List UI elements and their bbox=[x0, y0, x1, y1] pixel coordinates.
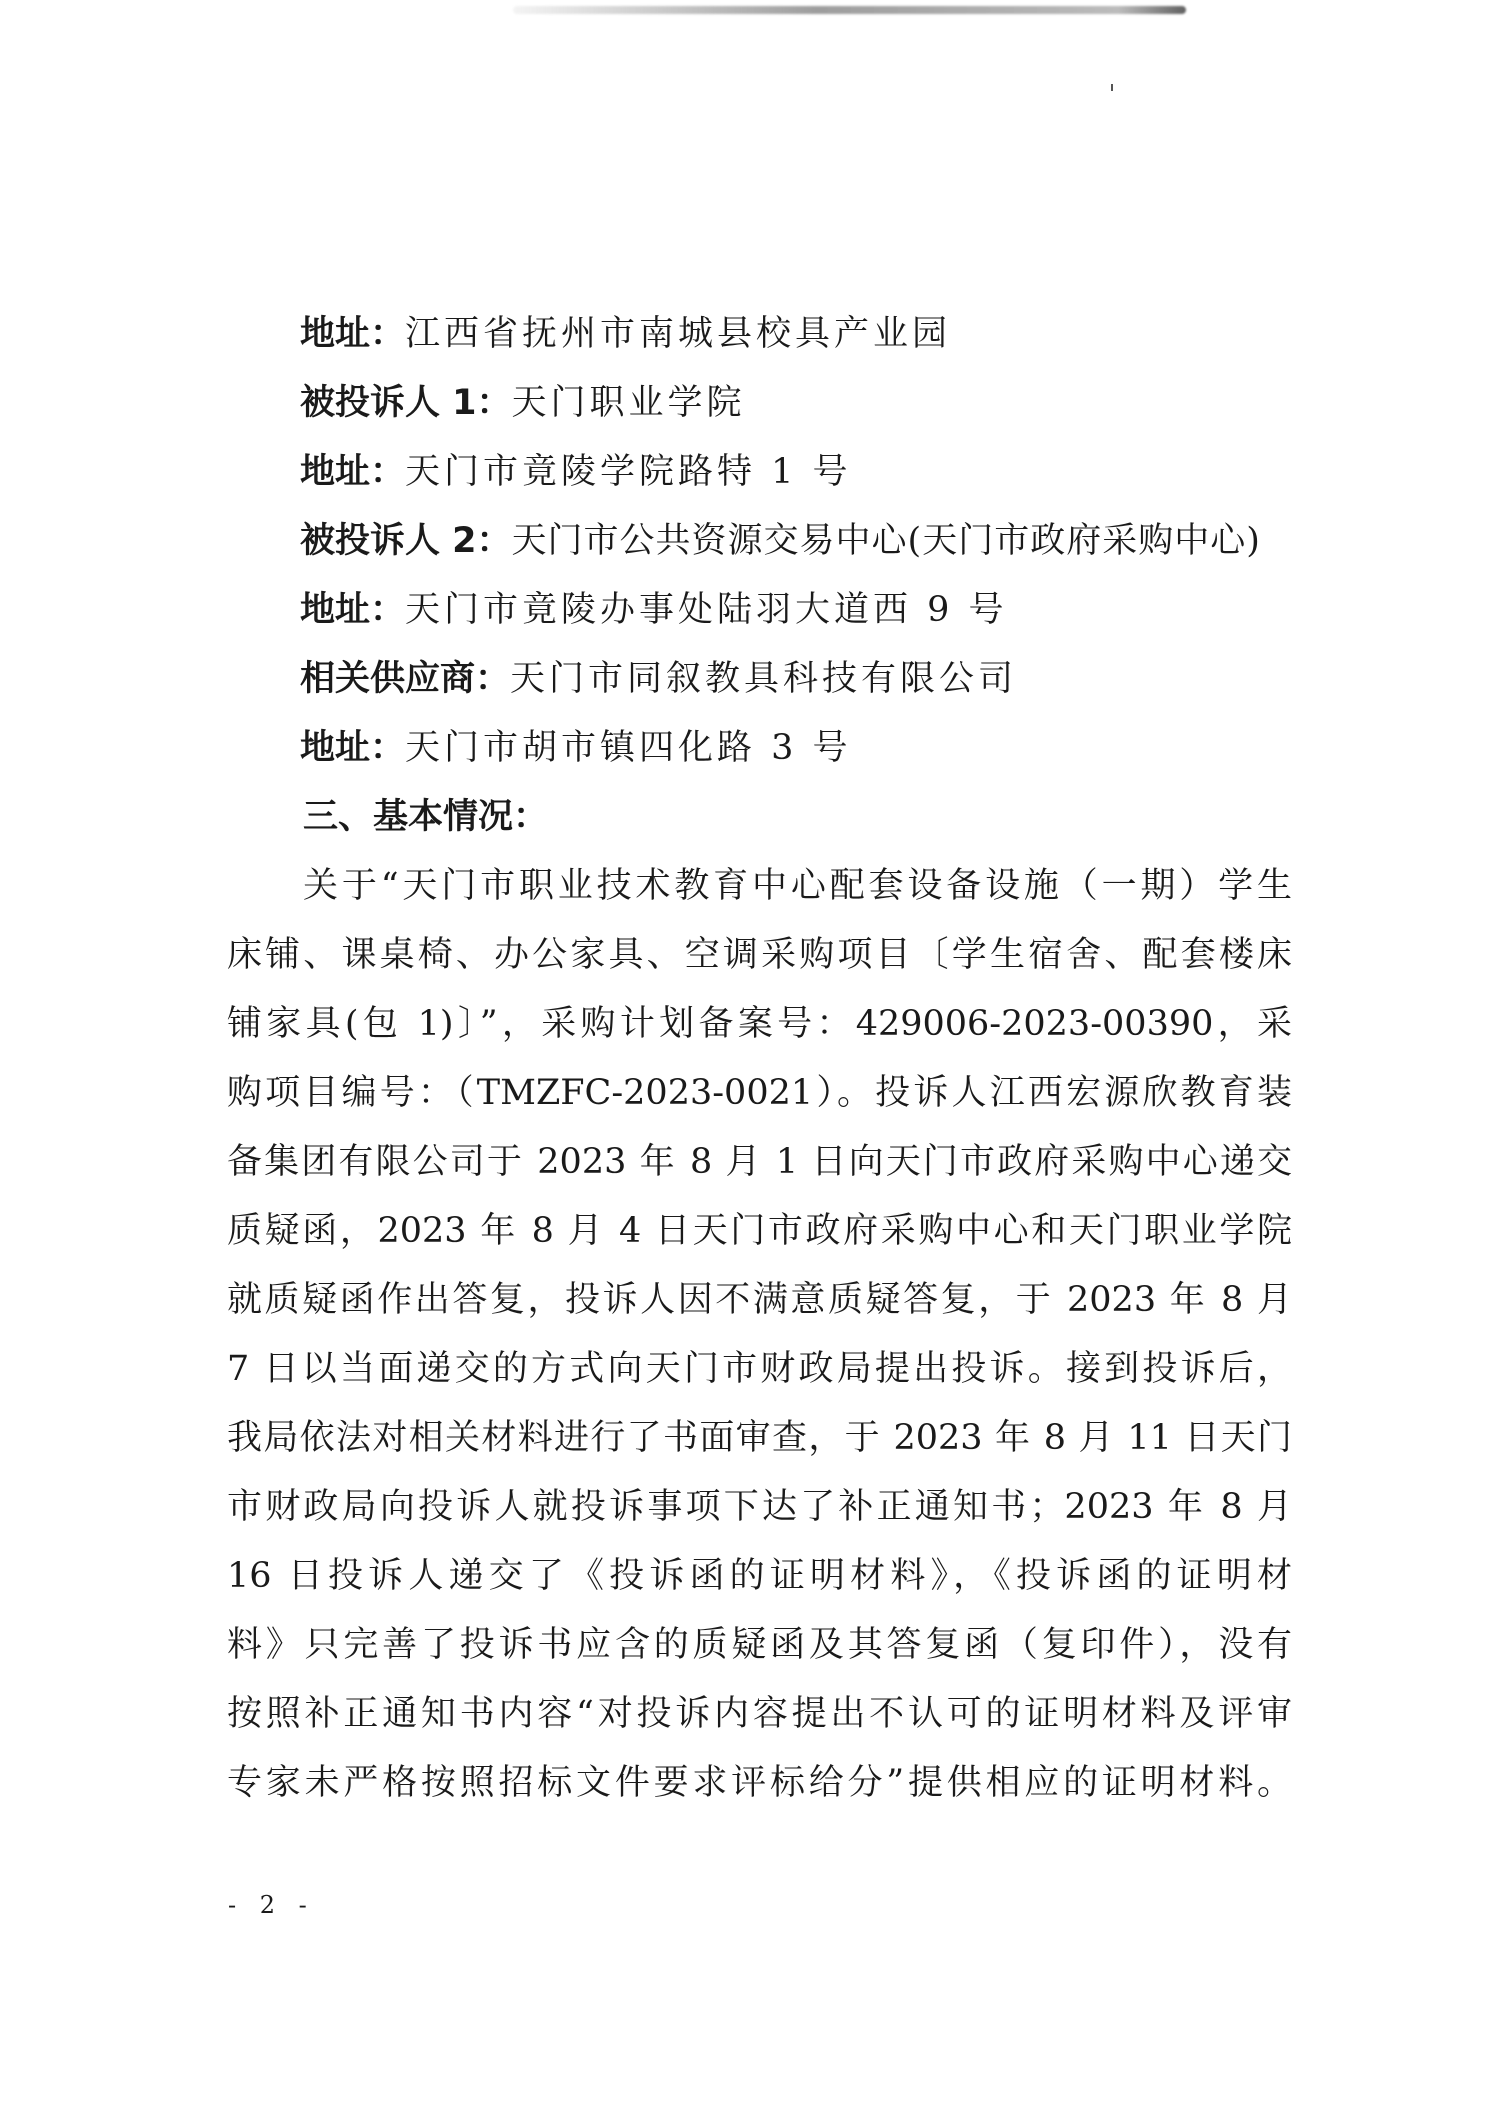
party-line-related-supplier-address: 地址：天门市胡市镇四化路 3 号 bbox=[300, 728, 852, 768]
body-line: 关于“天门市职业技术教育中心配套设备设施（一期）学生 bbox=[303, 866, 1292, 906]
body-line: 购项目编号：（TMZFC-2023-0021）。投诉人江西宏源欣教育装 bbox=[227, 1073, 1292, 1113]
party-label: 被投诉人 2： bbox=[300, 521, 512, 561]
party-line-respondent-1-address: 地址：天门市竟陵学院路特 1 号 bbox=[300, 452, 852, 492]
party-value: 天门市竟陵学院路特 1 号 bbox=[405, 452, 852, 492]
party-label: 地址： bbox=[300, 728, 405, 768]
party-value: 江西省抚州市南城县校具产业园 bbox=[405, 314, 951, 354]
party-label: 相关供应商： bbox=[300, 659, 510, 699]
party-label: 地址： bbox=[300, 590, 405, 630]
body-line: 16 日投诉人递交了《投诉函的证明材料》，《投诉函的证明材 bbox=[227, 1556, 1292, 1596]
party-label: 地址： bbox=[300, 314, 405, 354]
body-line: 铺家具(包 1)〕”，采购计划备案号：429006-2023-00390，采 bbox=[227, 1004, 1292, 1044]
party-label: 被投诉人 1： bbox=[300, 383, 512, 423]
scan-stray-mark bbox=[1111, 84, 1113, 91]
body-line: 床铺、课桌椅、办公家具、空调采购项目〔学生宿舍、配套楼床 bbox=[227, 935, 1292, 975]
party-line-respondent-1: 被投诉人 1：天门职业学院 bbox=[300, 383, 746, 423]
body-line: 专家未严格按照招标文件要求评标给分”提供相应的证明材料。 bbox=[227, 1763, 1292, 1803]
page-number: - 2 - bbox=[228, 1893, 315, 1917]
party-value: 天门职业学院 bbox=[512, 383, 746, 423]
body-line: 料》只完善了投诉书应含的质疑函及其答复函（复印件），没有 bbox=[227, 1625, 1292, 1665]
party-label: 地址： bbox=[300, 452, 405, 492]
body-line: 7 日以当面递交的方式向天门市财政局提出投诉。接到投诉后， bbox=[227, 1349, 1292, 1389]
party-line-respondent-2: 被投诉人 2：天门市公共资源交易中心(天门市政府采购中心) bbox=[300, 521, 1261, 561]
party-line-related-supplier: 相关供应商：天门市同叙教具科技有限公司 bbox=[300, 659, 1017, 699]
body-line: 我局依法对相关材料进行了书面审查，于 2023 年 8 月 11 日天门 bbox=[227, 1418, 1292, 1458]
party-value: 天门市同叙教具科技有限公司 bbox=[510, 659, 1017, 699]
body-line: 市财政局向投诉人就投诉事项下达了补正通知书；2023 年 8 月 bbox=[227, 1487, 1292, 1527]
party-line-respondent-2-address: 地址：天门市竟陵办事处陆羽大道西 9 号 bbox=[300, 590, 1008, 630]
section-heading: 三、基本情况： bbox=[303, 797, 548, 837]
party-line-complainant-address: 地址：江西省抚州市南城县校具产业园 bbox=[300, 314, 951, 354]
party-value: 天门市竟陵办事处陆羽大道西 9 号 bbox=[405, 590, 1008, 630]
body-line: 质疑函，2023 年 8 月 4 日天门市政府采购中心和天门职业学院 bbox=[227, 1211, 1292, 1251]
body-line: 备集团有限公司于 2023 年 8 月 1 日向天门市政府采购中心递交 bbox=[227, 1142, 1292, 1182]
party-value: 天门市胡市镇四化路 3 号 bbox=[405, 728, 852, 768]
scan-edge-shadow bbox=[513, 6, 1186, 14]
body-line: 就质疑函作出答复，投诉人因不满意质疑答复，于 2023 年 8 月 bbox=[227, 1280, 1292, 1320]
body-line: 按照补正通知书内容“对投诉内容提出不认可的证明材料及评审 bbox=[227, 1694, 1292, 1734]
party-value: 天门市公共资源交易中心(天门市政府采购中心) bbox=[512, 521, 1261, 561]
